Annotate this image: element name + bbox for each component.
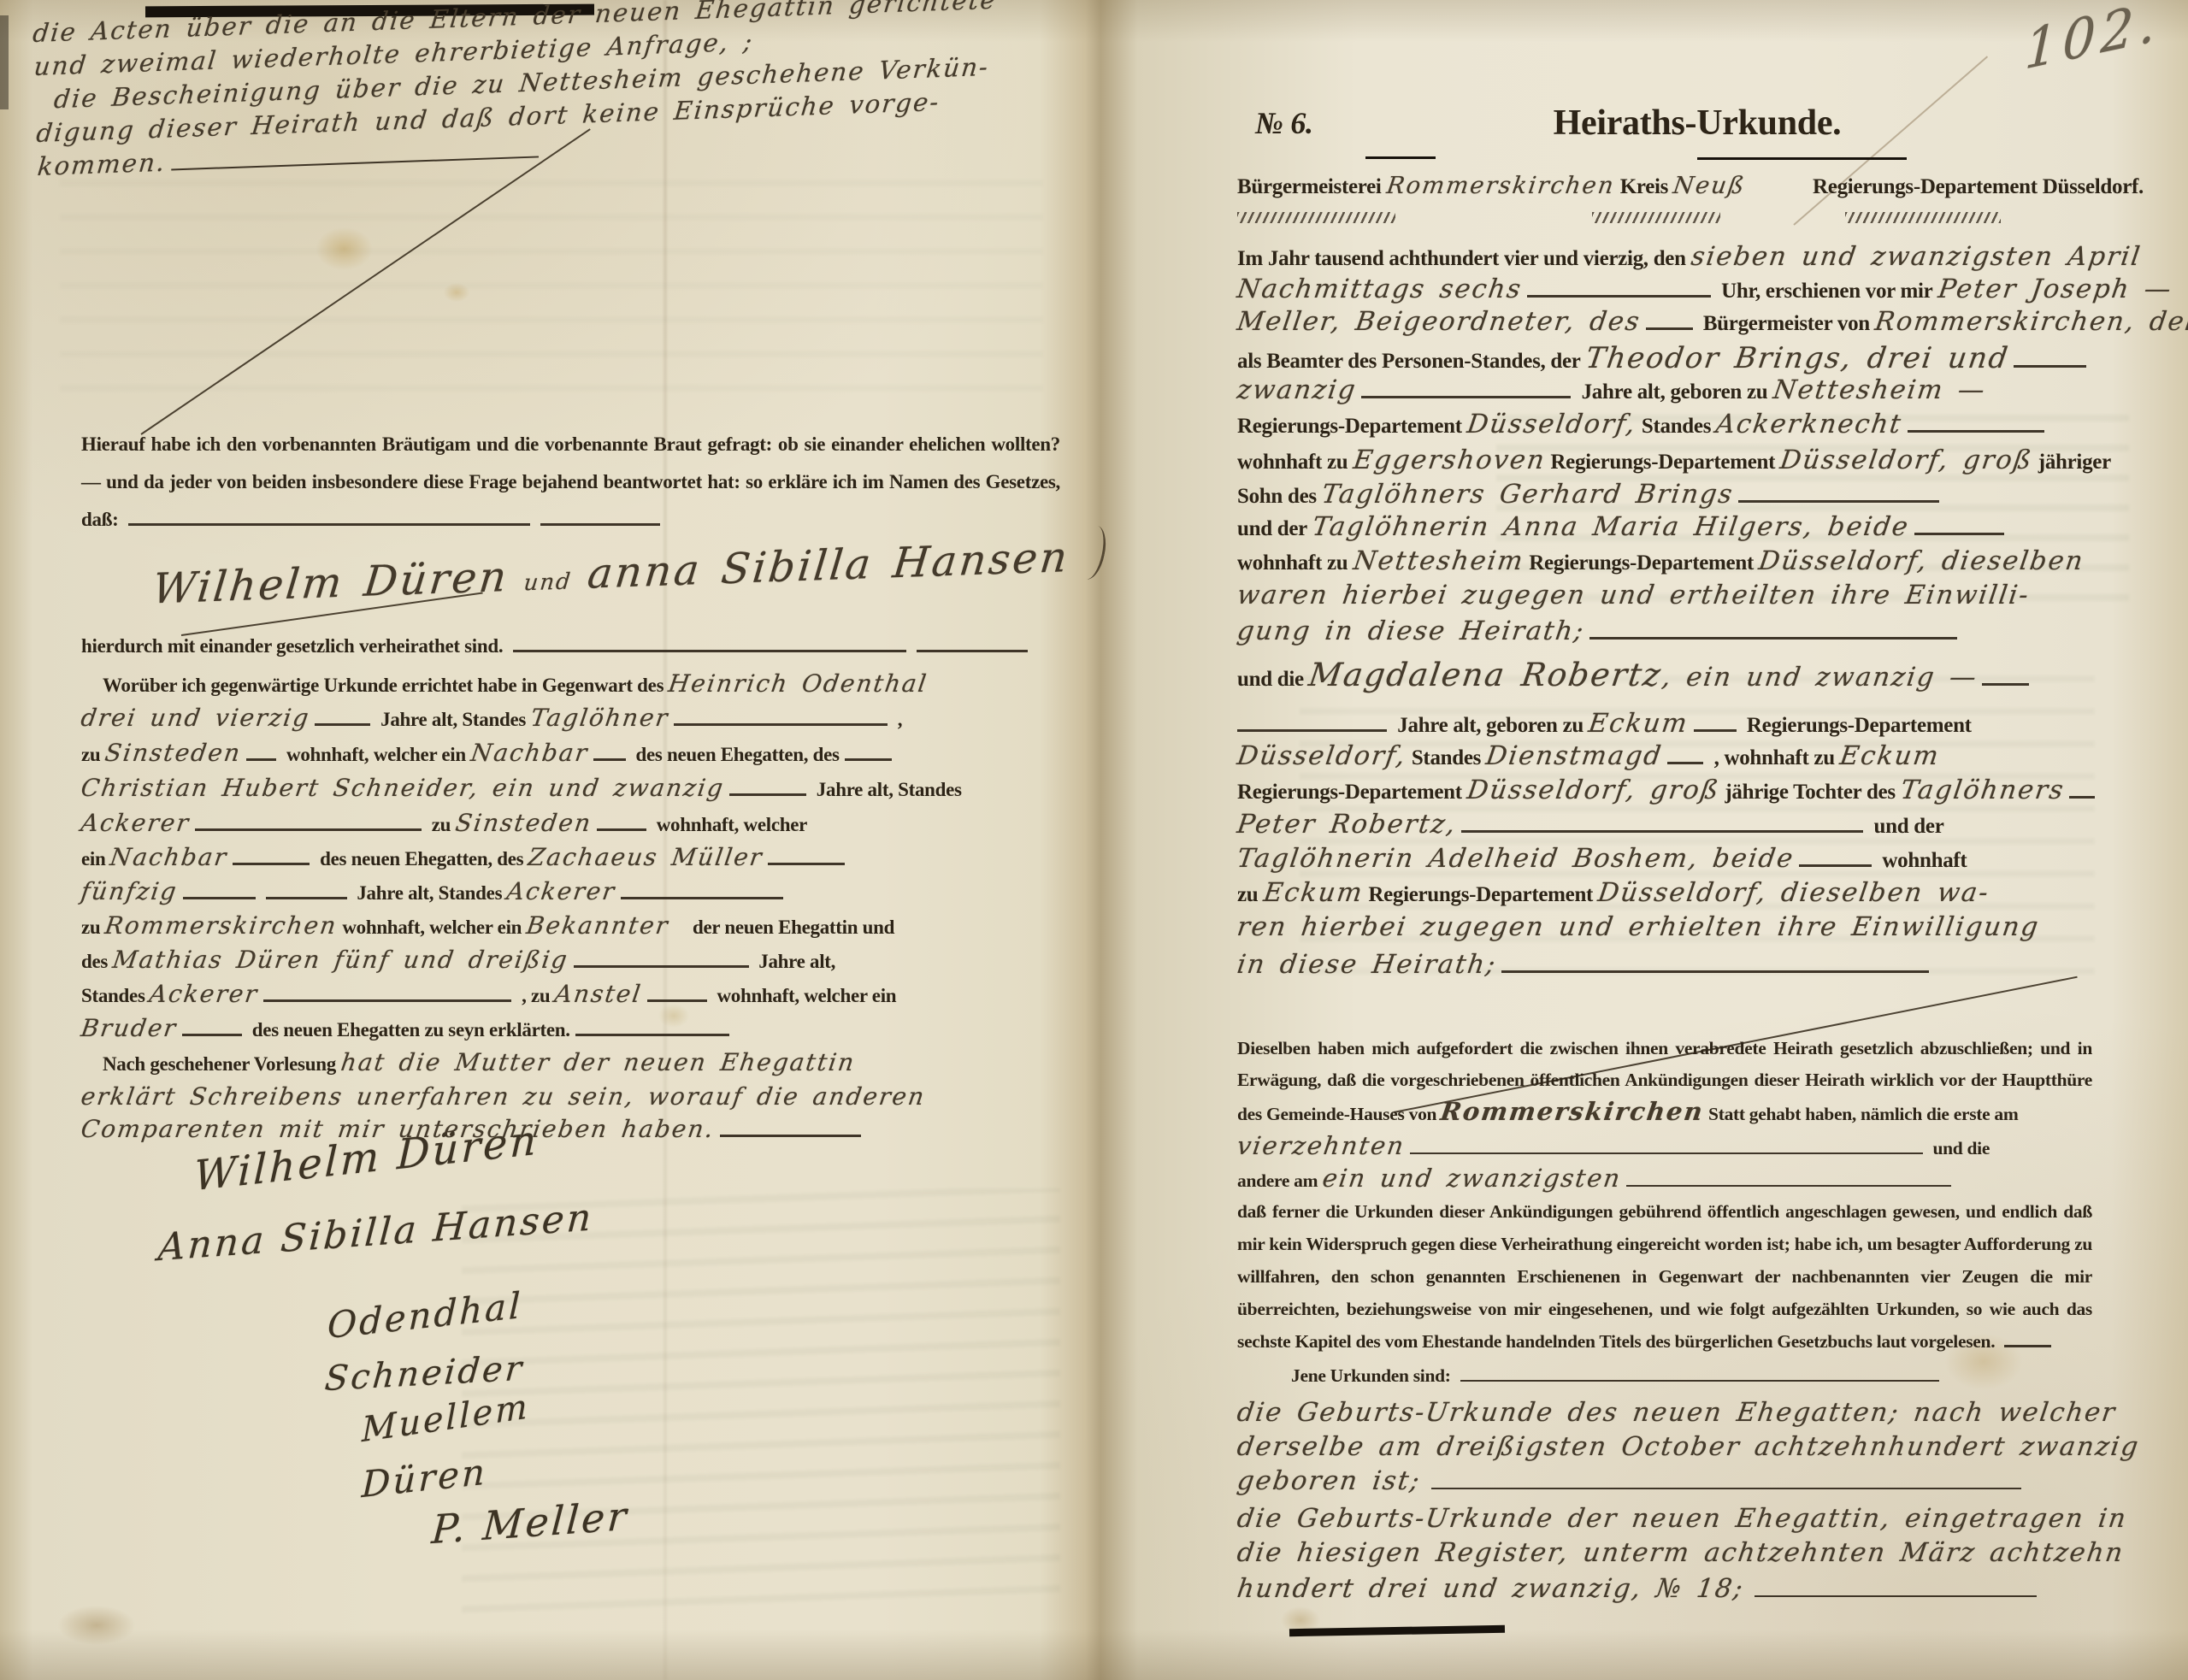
blank-rule [128, 514, 530, 527]
title-rule [1365, 156, 1436, 159]
father-name: Taglöhners Gerhard Brings [1319, 479, 1736, 511]
witness-line: Worüber ich gegenwärtige Urkunde erricht… [103, 669, 928, 699]
blank-rule [2069, 786, 2095, 799]
closing-line: erklärt Schreibens unerfahren zu sein, w… [81, 1082, 925, 1111]
blank-rule [1646, 317, 1693, 331]
blank-rule [1361, 386, 1571, 399]
blank-rule [1410, 1143, 1923, 1154]
bride-name: Magdalena Robertz [1306, 655, 1665, 695]
blank-rule [1461, 820, 1863, 834]
handwritten-segment: gung in diese Heirath; [1235, 616, 1587, 648]
printed-segment: Worüber ich gegenwärtige Urkunde erricht… [103, 675, 663, 696]
witness-line: Ackerer zu Sinsteden wohnhaft, welcher [81, 808, 807, 838]
blank-rule [1431, 1477, 2021, 1490]
record-line: Regierungs-Departement Düsseldorf, Stand… [1237, 409, 2049, 441]
blank-rule [246, 749, 276, 762]
printed-segment: № 6. [1255, 106, 1313, 140]
marriage-certificate-scan: die Acten über die an die Eltern der neu… [0, 0, 2188, 1680]
kreis-name: Neuß [1672, 171, 1748, 200]
page-mark: 102. [2024, 0, 2161, 82]
record-line: Im Jahr tausend achthundert vier und vie… [1237, 241, 2141, 274]
printed-segment: daß ferner die Urkunden dieser Ankündigu… [1237, 1201, 2092, 1352]
printed-segment: , [898, 709, 902, 730]
printed-segment: und der [1237, 517, 1307, 540]
signature-witness: Düren [361, 1450, 488, 1506]
handwritten-segment: Nachbar [469, 738, 590, 768]
mother-name: Taglöhnerin Adelheid Boshem, beide [1235, 843, 1796, 875]
printed-segment: andere am [1237, 1170, 1318, 1191]
printed-segment: Jahre alt, geboren zu [1397, 714, 1583, 737]
printed-segment: wohnhaft [1882, 849, 1967, 872]
handwritten-segment: Sinsteden [103, 738, 244, 768]
handwritten-segment: Taglöhners [1898, 775, 2067, 807]
second-banns-date: ein und zwanzigsten [1320, 1163, 1623, 1194]
printed-segment: und die [1932, 1138, 1990, 1158]
banns-date-line: andere am ein und zwanzigsten [1237, 1163, 1956, 1194]
blank-rule [1738, 490, 1939, 504]
record-line: Taglöhnerin Adelheid Boshem, beide wohnh… [1237, 843, 1967, 875]
printed-segment: Standes [1642, 415, 1711, 438]
printed-segment: Jene Urkunden sind: [1291, 1365, 1451, 1386]
blank-rule [574, 956, 749, 969]
blank-rule [1914, 522, 2004, 536]
blank-rule [729, 784, 806, 797]
blank-rule [1460, 1371, 1939, 1382]
printed-segment: Regierungs-Departement [1237, 781, 1462, 804]
handwritten-segment: Taglöhner [528, 703, 670, 733]
residence: Eckum [1261, 877, 1365, 910]
birthplace: Eckum [1587, 708, 1691, 740]
document-entry-line: die hiesigen Register, unterm achtzehnte… [1237, 1537, 2124, 1570]
printed-segment: wohnhaft zu [1237, 551, 1348, 575]
blank-rule [1501, 960, 1929, 974]
handwritten-segment: Rommerskirchen, delegirt [1872, 306, 2188, 339]
record-line: zwanzig Jahre alt, geboren zu Nettesheim… [1237, 374, 1985, 407]
witness-line: Standes Ackerer , zu Anstel wohnhaft, we… [81, 979, 896, 1009]
handwritten-segment: Ackerer [148, 979, 261, 1009]
handwritten-segment: Bruder [80, 1013, 180, 1043]
occupation: Ackerknecht [1714, 409, 1905, 441]
handwritten-segment: Düsseldorf, dieselben wa- [1596, 877, 1992, 910]
municipality-name: Rommerskirchen [1384, 171, 1616, 200]
printed-segment: des neuen Ehegatten, des [636, 744, 840, 765]
handwritten-segment: kommen. [36, 148, 168, 181]
handwritten-segment: Düsseldorf, groß [1465, 775, 1721, 807]
printed-segment: wohnhaft, welcher ein [286, 744, 466, 765]
bleed-through-text [462, 1188, 1060, 1616]
blank-rule [195, 819, 422, 832]
blank-rule [233, 853, 310, 866]
printed-segment: Im Jahr tausend achthundert vier und vie… [1237, 247, 1686, 270]
blank-rule [315, 714, 370, 727]
printed-segment: jährige Tochter des [1725, 781, 1895, 804]
blank-rule [171, 145, 539, 170]
printed-segment: Regierungs-Departement Düsseldorf. [1813, 175, 2144, 198]
record-line: waren hierbei zugegen und ertheilten ihr… [1237, 580, 2030, 612]
printed-segment: , zu [522, 985, 550, 1006]
witness-line: drei und vierzig Jahre alt, Standes Tagl… [81, 703, 902, 733]
left-edge-mark [0, 15, 9, 109]
record-line: Regierungs-Departement Düsseldorf, groß … [1237, 775, 2100, 807]
blank-rule [1799, 854, 1872, 868]
blank-rule [768, 853, 845, 866]
printed-segment: zu [81, 744, 100, 765]
jurisdiction-line: Bürgermeisterei Rommerskirchen Kreis Neu… [1237, 171, 2144, 200]
witness-line: fünfzig Jahre alt, Standes Ackerer [81, 876, 788, 906]
printed-segment: , wohnhaft zu [1714, 746, 1835, 769]
printed-segment: und der [1874, 815, 1944, 838]
paper-stain [41, 1597, 152, 1653]
record-line: und der Taglöhnerin Anna Maria Hilgers, … [1237, 511, 2009, 544]
handwritten-segment: in diese Heirath; [1235, 949, 1499, 981]
occupation: Dienstmagd [1484, 740, 1665, 773]
official-name: Peter Joseph — [1936, 274, 2174, 306]
residence: Eckum [1837, 740, 1942, 773]
groom-name: Theodor Brings, drei und [1583, 340, 2011, 376]
handwritten-segment: Rommerskirchen [103, 911, 339, 940]
printed-segment: wohnhaft, welcher ein [342, 917, 522, 938]
blank-rule [845, 749, 892, 762]
record-line: wohnhaft zu Eggershoven Regierungs-Depar… [1237, 445, 2111, 477]
handwritten-segment: hundert drei und zwanzig, № 18; [1235, 1573, 1746, 1606]
handwritten-segment: derselbe am dreißigsten October achtzehn… [1235, 1431, 2141, 1464]
paper-stain [304, 218, 385, 280]
printed-segment: Nach geschehener Vorlesung [103, 1053, 336, 1075]
handwritten-segment: Meller, Beigeordneter, des [1235, 306, 1642, 339]
witness-name: Zachaeus Müller [527, 842, 765, 872]
pen-flourish [1078, 524, 1111, 582]
handwritten-segment: drei und vierzig [80, 703, 312, 733]
printed-segment: als Beamter des Personen-Standes, der [1237, 350, 1581, 373]
blank-rule [263, 990, 511, 1003]
record-line: Peter Robertz, und der [1237, 809, 1944, 841]
married-statement-line: hierdurch mit einander gesetzlich verhei… [81, 634, 1033, 659]
printed-segment: Regierungs-Departement [1747, 714, 1972, 737]
printed-segment: Heiraths-Urkunde. [1554, 103, 1842, 143]
handwritten-segment: die hiesigen Register, unterm achtzehnte… [1235, 1537, 2126, 1570]
blank-rule [183, 887, 256, 900]
banns-paragraph: Dieselben haben mich aufgefordert die zw… [1237, 1033, 2092, 1130]
blank-rule [1755, 1585, 2037, 1598]
blank-rule [1626, 1176, 1951, 1187]
handwritten-segment: Düsseldorf, [1465, 409, 1638, 441]
birthplace: Nettesheim — [1771, 374, 1988, 407]
document-entry-line: die Geburts-Urkunde der neuen Ehegattin,… [1237, 1503, 2127, 1536]
blank-rule [2014, 355, 2086, 368]
blank-rule [575, 1024, 729, 1037]
blank-rule [266, 887, 347, 900]
blank-rule [540, 514, 660, 527]
page-title: Heiraths-Urkunde. [1496, 101, 1898, 146]
record-line: Meller, Beigeordneter, des Bürgermeister… [1237, 306, 2188, 339]
record-line: in diese Heirath; [1237, 949, 1934, 981]
record-line: gung in diese Heirath; [1237, 616, 1962, 648]
closing-line: Nach geschehener Vorlesung hat die Mutte… [103, 1047, 855, 1077]
printed-segment: Jahre alt, [758, 951, 835, 972]
residence: Nettesheim [1351, 545, 1526, 578]
bride-name: anna Sibilla Hansen [585, 532, 1072, 601]
blank-rule [1908, 420, 2044, 433]
handwritten-segment: Bekannter [524, 911, 670, 940]
handwritten-segment: waren hierbei zugegen und ertheilten ihr… [1235, 580, 2032, 612]
witness-line: zu Sinsteden wohnhaft, welcher ein Nachb… [81, 738, 897, 768]
blank-rule [674, 714, 888, 727]
witness-name: Heinrich Odenthal [667, 669, 930, 699]
signature-witness: Odendhal [327, 1284, 523, 1347]
handwritten-segment: Anstel [553, 979, 644, 1009]
paper-stain [438, 279, 475, 306]
document-entry-line: derselbe am dreißigsten October achtzehn… [1237, 1431, 2139, 1464]
printed-segment: Regierungs-Departement [1529, 551, 1754, 575]
handwritten-segment: Sinsteden [453, 808, 593, 838]
handwritten-segment: Ackerer [80, 808, 192, 838]
fold-crease [663, 0, 667, 1680]
marginal-note: die Acten über die an die Eltern der neu… [32, 0, 1002, 186]
printed-segment: wohnhaft, welcher [657, 814, 807, 835]
handwritten-segment: hat die Mutter der neuen Ehegattin [339, 1047, 857, 1077]
document-entry-line: geboren ist; [1237, 1465, 2026, 1498]
marriage-date: sieben und zwanzigsten April [1689, 241, 2144, 274]
record-line: Düsseldorf, Standes Dienstmagd , wohnhaf… [1237, 740, 1940, 773]
witness-name: Christian Hubert Schneider, ein und zwan… [80, 773, 727, 803]
banns-date-line: vierzehnten und die [1237, 1130, 1990, 1161]
printed-segment: zu [81, 917, 100, 938]
handwritten-segment: Düsseldorf, dieselben [1757, 545, 2087, 578]
handwritten-segment: Nachbar [109, 842, 230, 872]
title-rule [1697, 157, 1907, 160]
document-entry-line: hundert drei und zwanzig, № 18; [1237, 1573, 2042, 1606]
printed-segment: Jahre alt, Standes [357, 882, 502, 904]
handwritten-segment: Nachmittags sechs [1235, 274, 1524, 306]
printed-segment: Bürgermeister von [1703, 312, 1870, 335]
witness-line: zu Rommerskirchen wohnhaft, welcher ein … [81, 911, 894, 940]
record-line: ren hierbei zugegen und erhielten ihre E… [1237, 911, 2039, 944]
blank-rule [1694, 719, 1737, 733]
blank-rule [2004, 1335, 2051, 1347]
printed-segment: Regierungs-Departement [1237, 415, 1462, 438]
printed-segment: hierdurch mit einander gesetzlich verhei… [81, 635, 503, 657]
blank-rule [1589, 627, 1957, 640]
record-line: und die Magdalena Robertz, ein und zwanz… [1237, 655, 2034, 695]
printed-segment: Regierungs-Departement [1550, 451, 1775, 474]
handwritten-segment: und [522, 568, 574, 598]
blank-rule [593, 749, 626, 762]
handwritten-segment: erklärt Schreibens unerfahren zu sein, w… [80, 1082, 928, 1111]
handwritten-segment: die Geburts-Urkunde des neuen Ehegatten;… [1235, 1397, 2118, 1429]
printed-segment: wohnhaft zu [1237, 451, 1348, 474]
blank-rule [1982, 673, 2029, 687]
handwritten-segment: fünfzig [80, 876, 180, 906]
printed-segment: Sohn des [1237, 485, 1317, 508]
record-line: zu Eckum Regierungs-Departement Düsseldo… [1237, 877, 1990, 910]
signature-bride: Anna Sibilla Hansen [156, 1195, 595, 1270]
squiggle-separator [1845, 212, 2001, 223]
printed-segment: Uhr, erschienen vor mir [1721, 280, 1932, 303]
printed-segment: Statt gehabt haben, nämlich die erste am [1708, 1104, 2018, 1124]
printed-segment: des [81, 951, 108, 972]
squiggle-separator [1592, 212, 1720, 223]
municipality-name: Rommerskirchen [1439, 1096, 1707, 1128]
blank-rule [917, 640, 1028, 653]
handwritten-segment: geboren ist; [1235, 1465, 1423, 1498]
record-line: Sohn des Taglöhners Gerhard Brings [1237, 479, 1944, 511]
printed-segment: Regierungs-Departement [1368, 883, 1593, 906]
closing-bar [1289, 1625, 1505, 1636]
blank-rule [720, 1125, 861, 1138]
witness-name: Mathias Düren fünf und dreißig [110, 945, 570, 975]
handwritten-segment: Ackerer [505, 876, 618, 906]
document-entry-line: die Geburts-Urkunde des neuen Ehegatten;… [1237, 1397, 2116, 1429]
handwritten-segment: , ein und zwanzig — [1660, 662, 1979, 694]
father-name: Peter Robertz, [1235, 809, 1459, 841]
witness-line: des Mathias Düren fünf und dreißig Jahre… [81, 945, 835, 975]
record-line: wohnhaft zu Nettesheim Regierungs-Depart… [1237, 545, 2085, 578]
printed-segment: Standes [81, 985, 145, 1006]
blank-rule [182, 1024, 242, 1037]
printed-segment: zu [432, 814, 451, 835]
printed-segment: Jahre alt, Standes [817, 779, 962, 800]
blank-rule [647, 990, 707, 1003]
witness-line: Bruder des neuen Ehegatten zu seyn erklä… [81, 1013, 734, 1043]
blank-rule [1527, 285, 1711, 298]
blank-rule [1237, 719, 1387, 733]
residence: Eggershoven [1351, 445, 1548, 477]
record-line: als Beamter des Personen-Standes, der Th… [1237, 340, 2091, 376]
printed-segment: Standes [1412, 746, 1481, 769]
printed-segment: Jahre alt, geboren zu [1582, 380, 1768, 404]
handwritten-segment: Düsseldorf, [1235, 740, 1408, 773]
document-number: № 6. [1255, 104, 1313, 143]
mother-name: Taglöhnerin Anna Maria Hilgers, beide [1311, 511, 1912, 544]
documents-label-line: Jene Urkunden sind: [1291, 1365, 1944, 1388]
signature-official: P. Meller [430, 1493, 630, 1553]
record-line: Jahre alt, geboren zu Eckum Regierungs-D… [1237, 708, 1972, 740]
reading-paragraph: daß ferner die Urkunden dieser Ankündigu… [1237, 1195, 2092, 1358]
printed-segment: wohnhaft, welcher ein [717, 985, 896, 1006]
bleed-through-text [60, 162, 1043, 419]
handwritten-segment: ren hierbei zugegen und erhielten ihre E… [1235, 911, 2041, 944]
printed-segment: und die [1237, 668, 1304, 691]
printed-segment: des neuen Ehegatten, des [320, 848, 523, 869]
squiggle-separator [1237, 212, 1395, 223]
record-line: Nachmittags sechs Uhr, erschienen vor mi… [1237, 274, 2172, 306]
printed-segment: der neuen Ehegattin und [693, 917, 894, 938]
printed-segment: jähriger [2038, 451, 2111, 474]
witness-line: ein Nachbar des neuen Ehegatten, des Zac… [81, 842, 850, 872]
printed-segment: Jahre alt, Standes [380, 709, 526, 730]
printed-segment: zu [1237, 883, 1258, 906]
printed-segment: ein [81, 848, 106, 869]
blank-rule [513, 640, 906, 653]
handwritten-segment: die Geburts-Urkunde der neuen Ehegattin,… [1235, 1503, 2129, 1536]
printed-segment: Kreis [1620, 175, 1668, 198]
signature-witness: Muellem [362, 1387, 530, 1450]
printed-segment: Bürgermeisterei [1237, 175, 1382, 198]
handwritten-segment: Düsseldorf, groß [1778, 445, 2035, 477]
blank-rule [1667, 752, 1703, 765]
groom-name: Wilhelm Düren [150, 551, 511, 616]
blank-rule [621, 887, 783, 900]
witness-line: Christian Hubert Schneider, ein und zwan… [81, 773, 962, 803]
handwritten-segment: zwanzig [1235, 374, 1359, 407]
first-banns-date: vierzehnten [1235, 1130, 1407, 1161]
printed-segment: des neuen Ehegatten zu seyn erklärten. [252, 1019, 570, 1040]
blank-rule [597, 819, 646, 832]
